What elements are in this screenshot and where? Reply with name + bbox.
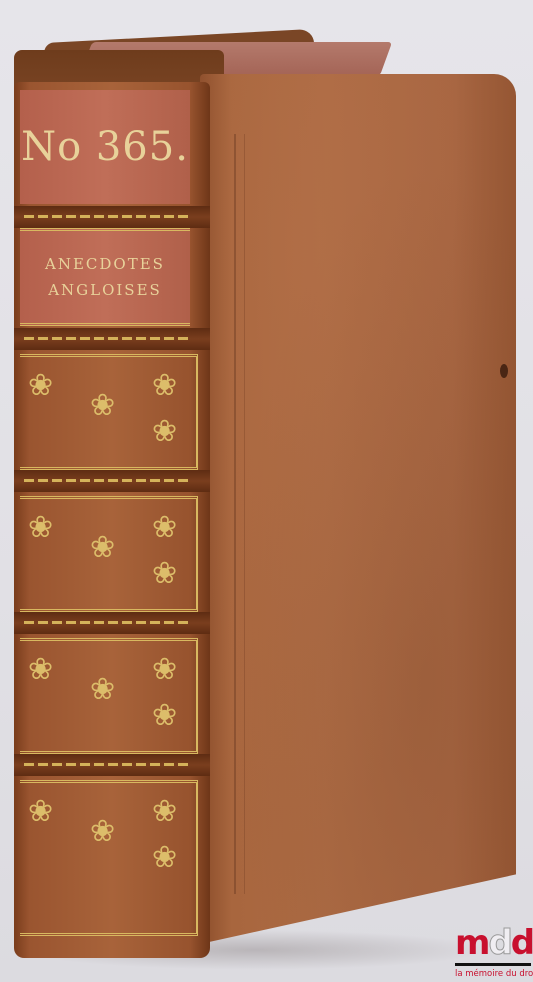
flower-ornament-icon: ❀ (152, 371, 177, 401)
logo-tagline: la mémoire du droit (455, 969, 531, 979)
flower-ornament-icon: ❀ (28, 513, 53, 543)
flower-ornament-icon: ❀ (28, 655, 53, 685)
spine-raised-band (14, 206, 210, 228)
front-cover (200, 74, 516, 944)
flower-ornament-icon: ❀ (28, 371, 53, 401)
flower-ornament-icon: ❀ (28, 797, 53, 827)
mdd-watermark-logo: mdd la mémoire du droit (455, 926, 531, 979)
flower-ornament-icon: ❀ (90, 533, 115, 563)
flower-ornament-icon: ❀ (90, 817, 115, 847)
title-line-1: ANECDOTES (45, 251, 165, 277)
spine-gilt-panel: ❀ ❀ ❀ ❀ (20, 780, 198, 936)
spine-number-label: No 365. (20, 90, 190, 204)
flower-ornament-icon: ❀ (90, 675, 115, 705)
title-line-2: ANGLOISES (48, 277, 162, 303)
flower-ornament-icon: ❀ (152, 843, 177, 873)
flower-ornament-icon: ❀ (152, 513, 177, 543)
cover-blemish (500, 364, 508, 378)
flower-ornament-icon: ❀ (152, 417, 177, 447)
flower-ornament-icon: ❀ (152, 797, 177, 827)
book-spine: No 365. ANECDOTES ANGLOISES ❀ ❀ ❀ ❀ ❀ ❀ … (14, 82, 210, 958)
spine-gilt-panel: ❀ ❀ ❀ ❀ (20, 496, 198, 612)
logo-divider (455, 963, 531, 966)
spine-raised-band (14, 470, 210, 492)
spine-gilt-panel: ❀ ❀ ❀ ❀ (20, 638, 198, 754)
spine-raised-band (14, 328, 210, 350)
flower-ornament-icon: ❀ (152, 701, 177, 731)
spine-raised-band (14, 754, 210, 776)
spine-raised-band (14, 612, 210, 634)
cover-fillet-line (234, 134, 236, 894)
cover-fillet-line (244, 134, 245, 894)
flower-ornament-icon: ❀ (90, 391, 115, 421)
spine-gilt-panel: ❀ ❀ ❀ ❀ (20, 354, 198, 470)
logo-mark: mdd (455, 926, 531, 960)
flower-ornament-icon: ❀ (152, 655, 177, 685)
spine-title-label: ANECDOTES ANGLOISES (20, 228, 190, 326)
flower-ornament-icon: ❀ (152, 559, 177, 589)
